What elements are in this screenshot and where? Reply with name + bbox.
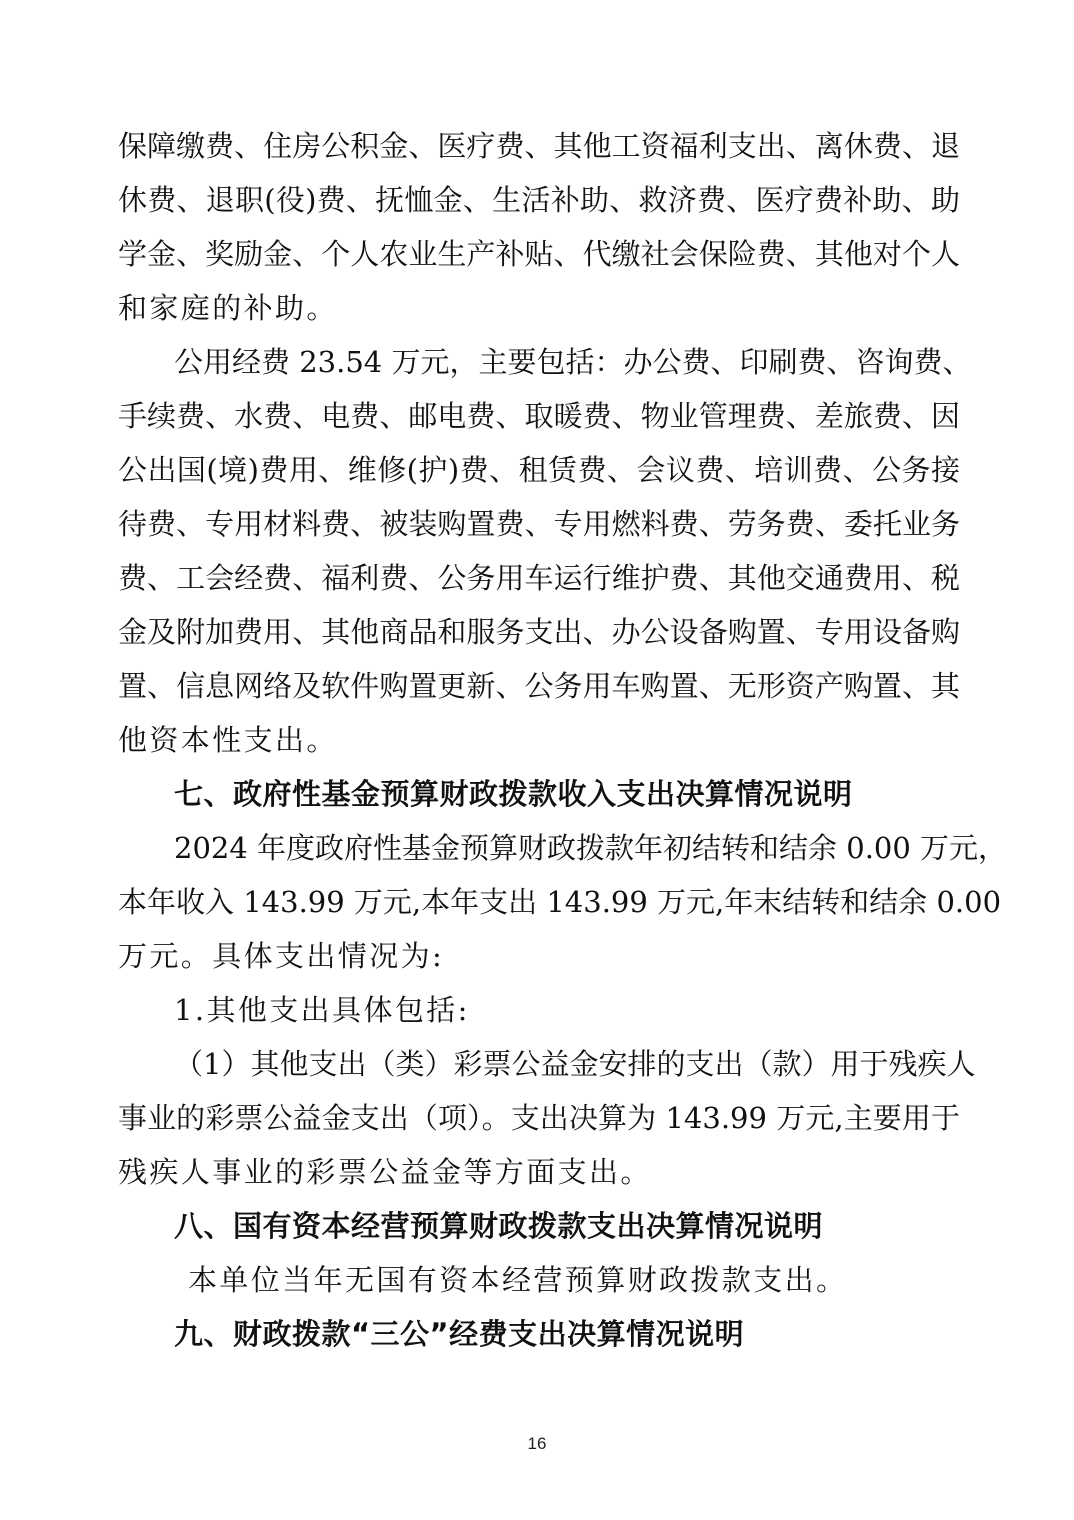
paragraph-line: 公出国(境)费用、维修(护)费、租赁费、会议费、培训费、公务接 [118,450,960,490]
paragraph-line: 他资本性支出。 [118,720,338,760]
paragraph-line: 2024 年度政府性基金预算财政拨款年初结转和结余 0.00 万元， [174,828,960,868]
paragraph-line: 费、工会经费、福利费、公务用车运行维护费、其他交通费用、税 [118,558,960,598]
paragraph-line: （1）其他支出（类）彩票公益金安排的支出（款）用于残疾人 [174,1044,960,1084]
paragraph-line: 手续费、水费、电费、邮电费、取暖费、物业管理费、差旅费、因 [118,396,960,436]
paragraph-line: 学金、奖励金、个人农业生产补贴、代缴社会保险费、其他对个人 [118,234,960,274]
paragraph-line: 待费、专用材料费、被装购置费、专用燃料费、劳务费、委托业务 [118,504,960,544]
paragraph-line: 本单位当年无国有资本经营预算财政拨款支出。 [188,1260,847,1300]
paragraph-line: 残疾人事业的彩票公益金等方面支出。 [118,1152,652,1192]
paragraph-line: 事业的彩票公益金支出（项）。支出决算为 143.99 万元,主要用于 [118,1098,960,1138]
paragraph-line: 万元。具体支出情况为: [118,936,444,976]
list-item-heading: 1.其他支出具体包括: [174,990,470,1030]
page-number: 16 [0,1434,1074,1454]
paragraph-line: 金及附加费用、其他商品和服务支出、办公设备购置、专用设备购 [118,612,960,652]
paragraph-line: 本年收入 143.99 万元,本年支出 143.99 万元,年末结转和结余 0.… [118,882,960,922]
paragraph-line: 和家庭的补助。 [118,288,338,328]
paragraph-line: 保障缴费、住房公积金、医疗费、其他工资福利支出、离休费、退 [118,126,960,166]
paragraph-line: 置、信息网络及软件购置更新、公务用车购置、无形资产购置、其 [118,666,960,706]
paragraph-line: 公用经费 23.54 万元，主要包括：办公费、印刷费、咨询费、 [174,342,960,382]
section-heading-7: 七、政府性基金预算财政拨款收入支出决算情况说明 [174,774,853,814]
paragraph-line: 休费、退职(役)费、抚恤金、生活补助、救济费、医疗费补助、助 [118,180,960,220]
section-heading-9: 九、财政拨款“三公”经费支出决算情况说明 [174,1314,744,1354]
section-heading-8: 八、国有资本经营预算财政拨款支出决算情况说明 [174,1206,823,1246]
